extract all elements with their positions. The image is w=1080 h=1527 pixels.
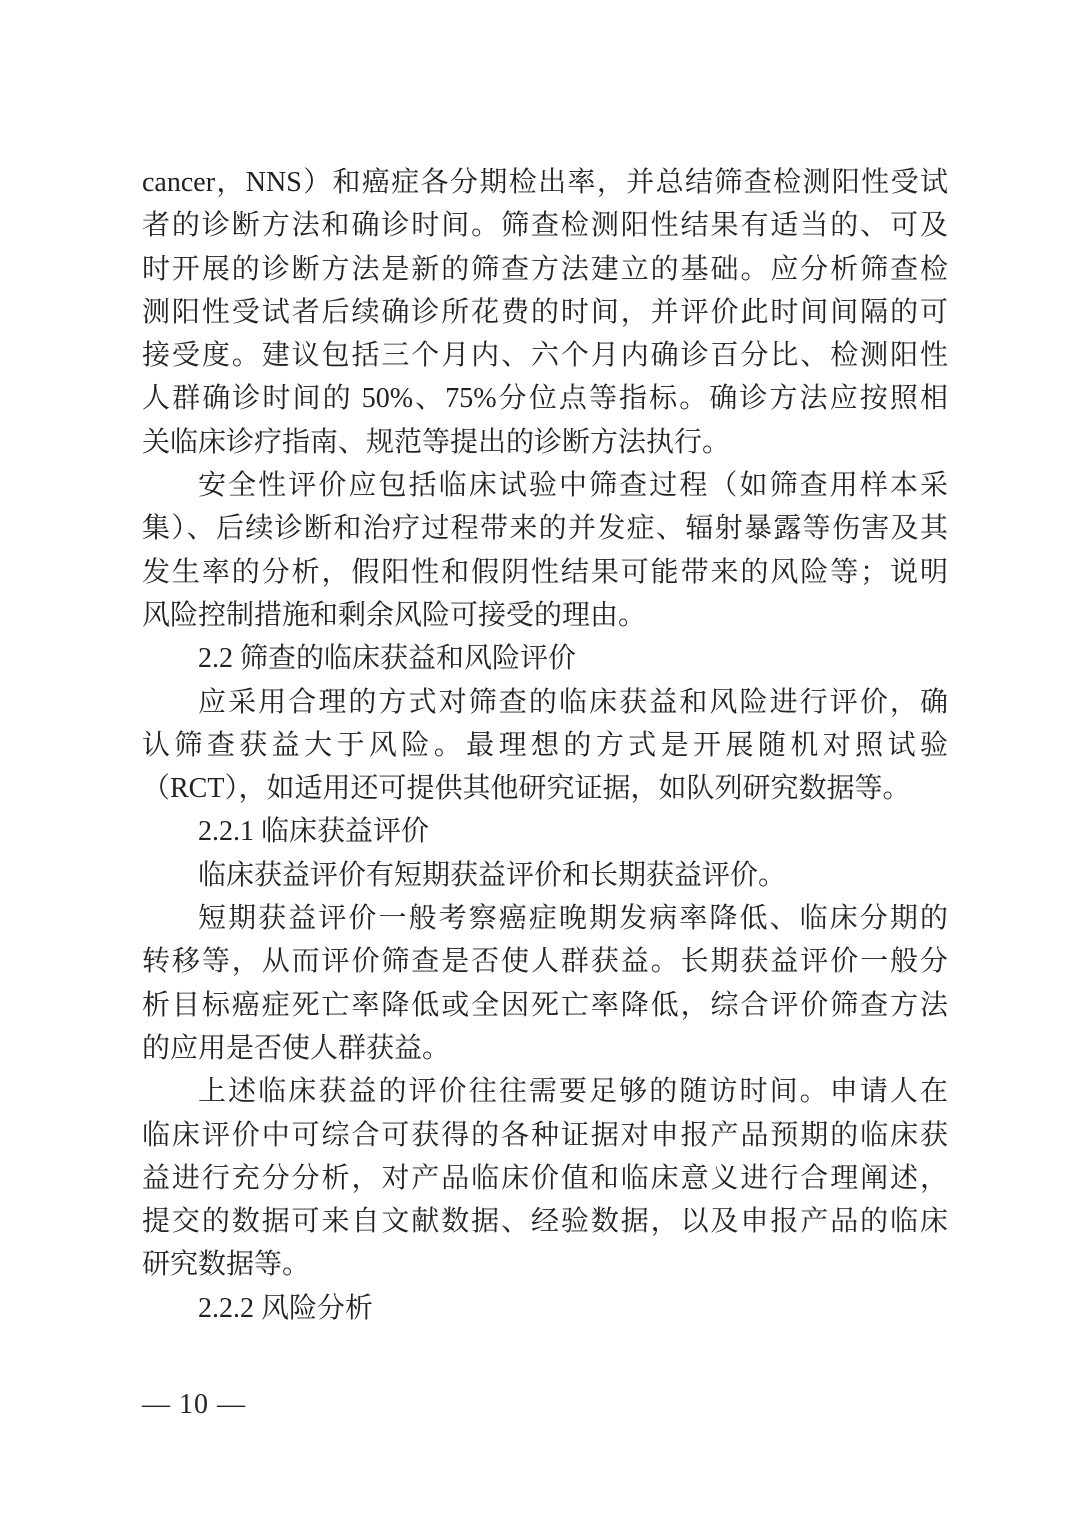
text-line: 时开展的诊断方法是新的筛查方法建立的基础。应分析筛查检 (142, 248, 948, 291)
text-line: 的应用是否使人群获益。 (142, 1027, 948, 1070)
text-line: 认筛查获益大于风险。最理想的方式是开展随机对照试验 (142, 724, 948, 767)
section-heading: 2.2 筛查的临床获益和风险评价 (142, 637, 948, 680)
text-line: （RCT），如适用还可提供其他研究证据，如队列研究数据等。 (142, 767, 948, 810)
text-line: 短期获益评价一般考察癌症晚期发病率降低、临床分期的 (142, 897, 948, 940)
text-line: 临床评价中可综合可获得的各种证据对申报产品预期的临床获 (142, 1114, 948, 1157)
page-number: — 10 — (142, 1383, 246, 1427)
text-line: 发生率的分析，假阳性和假阴性结果可能带来的风险等；说明 (142, 551, 948, 594)
text-line: 益进行充分分析，对产品临床价值和临床意义进行合理阐述， (142, 1157, 948, 1200)
text-line: 关临床诊疗指南、规范等提出的诊断方法执行。 (142, 421, 948, 464)
text-line: 转移等，从而评价筛查是否使人群获益。长期获益评价一般分 (142, 940, 948, 983)
text-line: 风险控制措施和剩余风险可接受的理由。 (142, 594, 948, 637)
document-page: cancer，NNS）和癌症各分期检出率，并总结筛查检测阳性受试 者的诊断方法和… (0, 0, 1080, 1527)
text-line: 人群确诊时间的 50%、75%分位点等指标。确诊方法应按照相 (142, 377, 948, 420)
text-line: 研究数据等。 (142, 1243, 948, 1286)
text-line: 者的诊断方法和确诊时间。筛查检测阳性结果有适当的、可及 (142, 204, 948, 247)
text-line: 接受度。建议包括三个月内、六个月内确诊百分比、检测阳性 (142, 334, 948, 377)
text-line: 应采用合理的方式对筛查的临床获益和风险进行评价，确 (142, 681, 948, 724)
text-line: cancer，NNS）和癌症各分期检出率，并总结筛查检测阳性受试 (142, 161, 948, 204)
text-line: 提交的数据可来自文献数据、经验数据，以及申报产品的临床 (142, 1200, 948, 1243)
text-line: 测阳性受试者后续确诊所花费的时间，并评价此时间间隔的可 (142, 291, 948, 334)
text-line: 安全性评价应包括临床试验中筛查过程（如筛查用样本采 (142, 464, 948, 507)
text-block: cancer，NNS）和癌症各分期检出率，并总结筛查检测阳性受试 者的诊断方法和… (142, 161, 948, 1330)
text-line: 集）、后续诊断和治疗过程带来的并发症、辐射暴露等伤害及其 (142, 507, 948, 550)
section-heading: 2.2.2 风险分析 (142, 1287, 948, 1330)
text-line: 上述临床获益的评价往往需要足够的随访时间。申请人在 (142, 1070, 948, 1113)
text-line: 析目标癌症死亡率降低或全因死亡率降低，综合评价筛查方法 (142, 984, 948, 1027)
text-line: 临床获益评价有短期获益评价和长期获益评价。 (142, 854, 948, 897)
section-heading: 2.2.1 临床获益评价 (142, 810, 948, 853)
